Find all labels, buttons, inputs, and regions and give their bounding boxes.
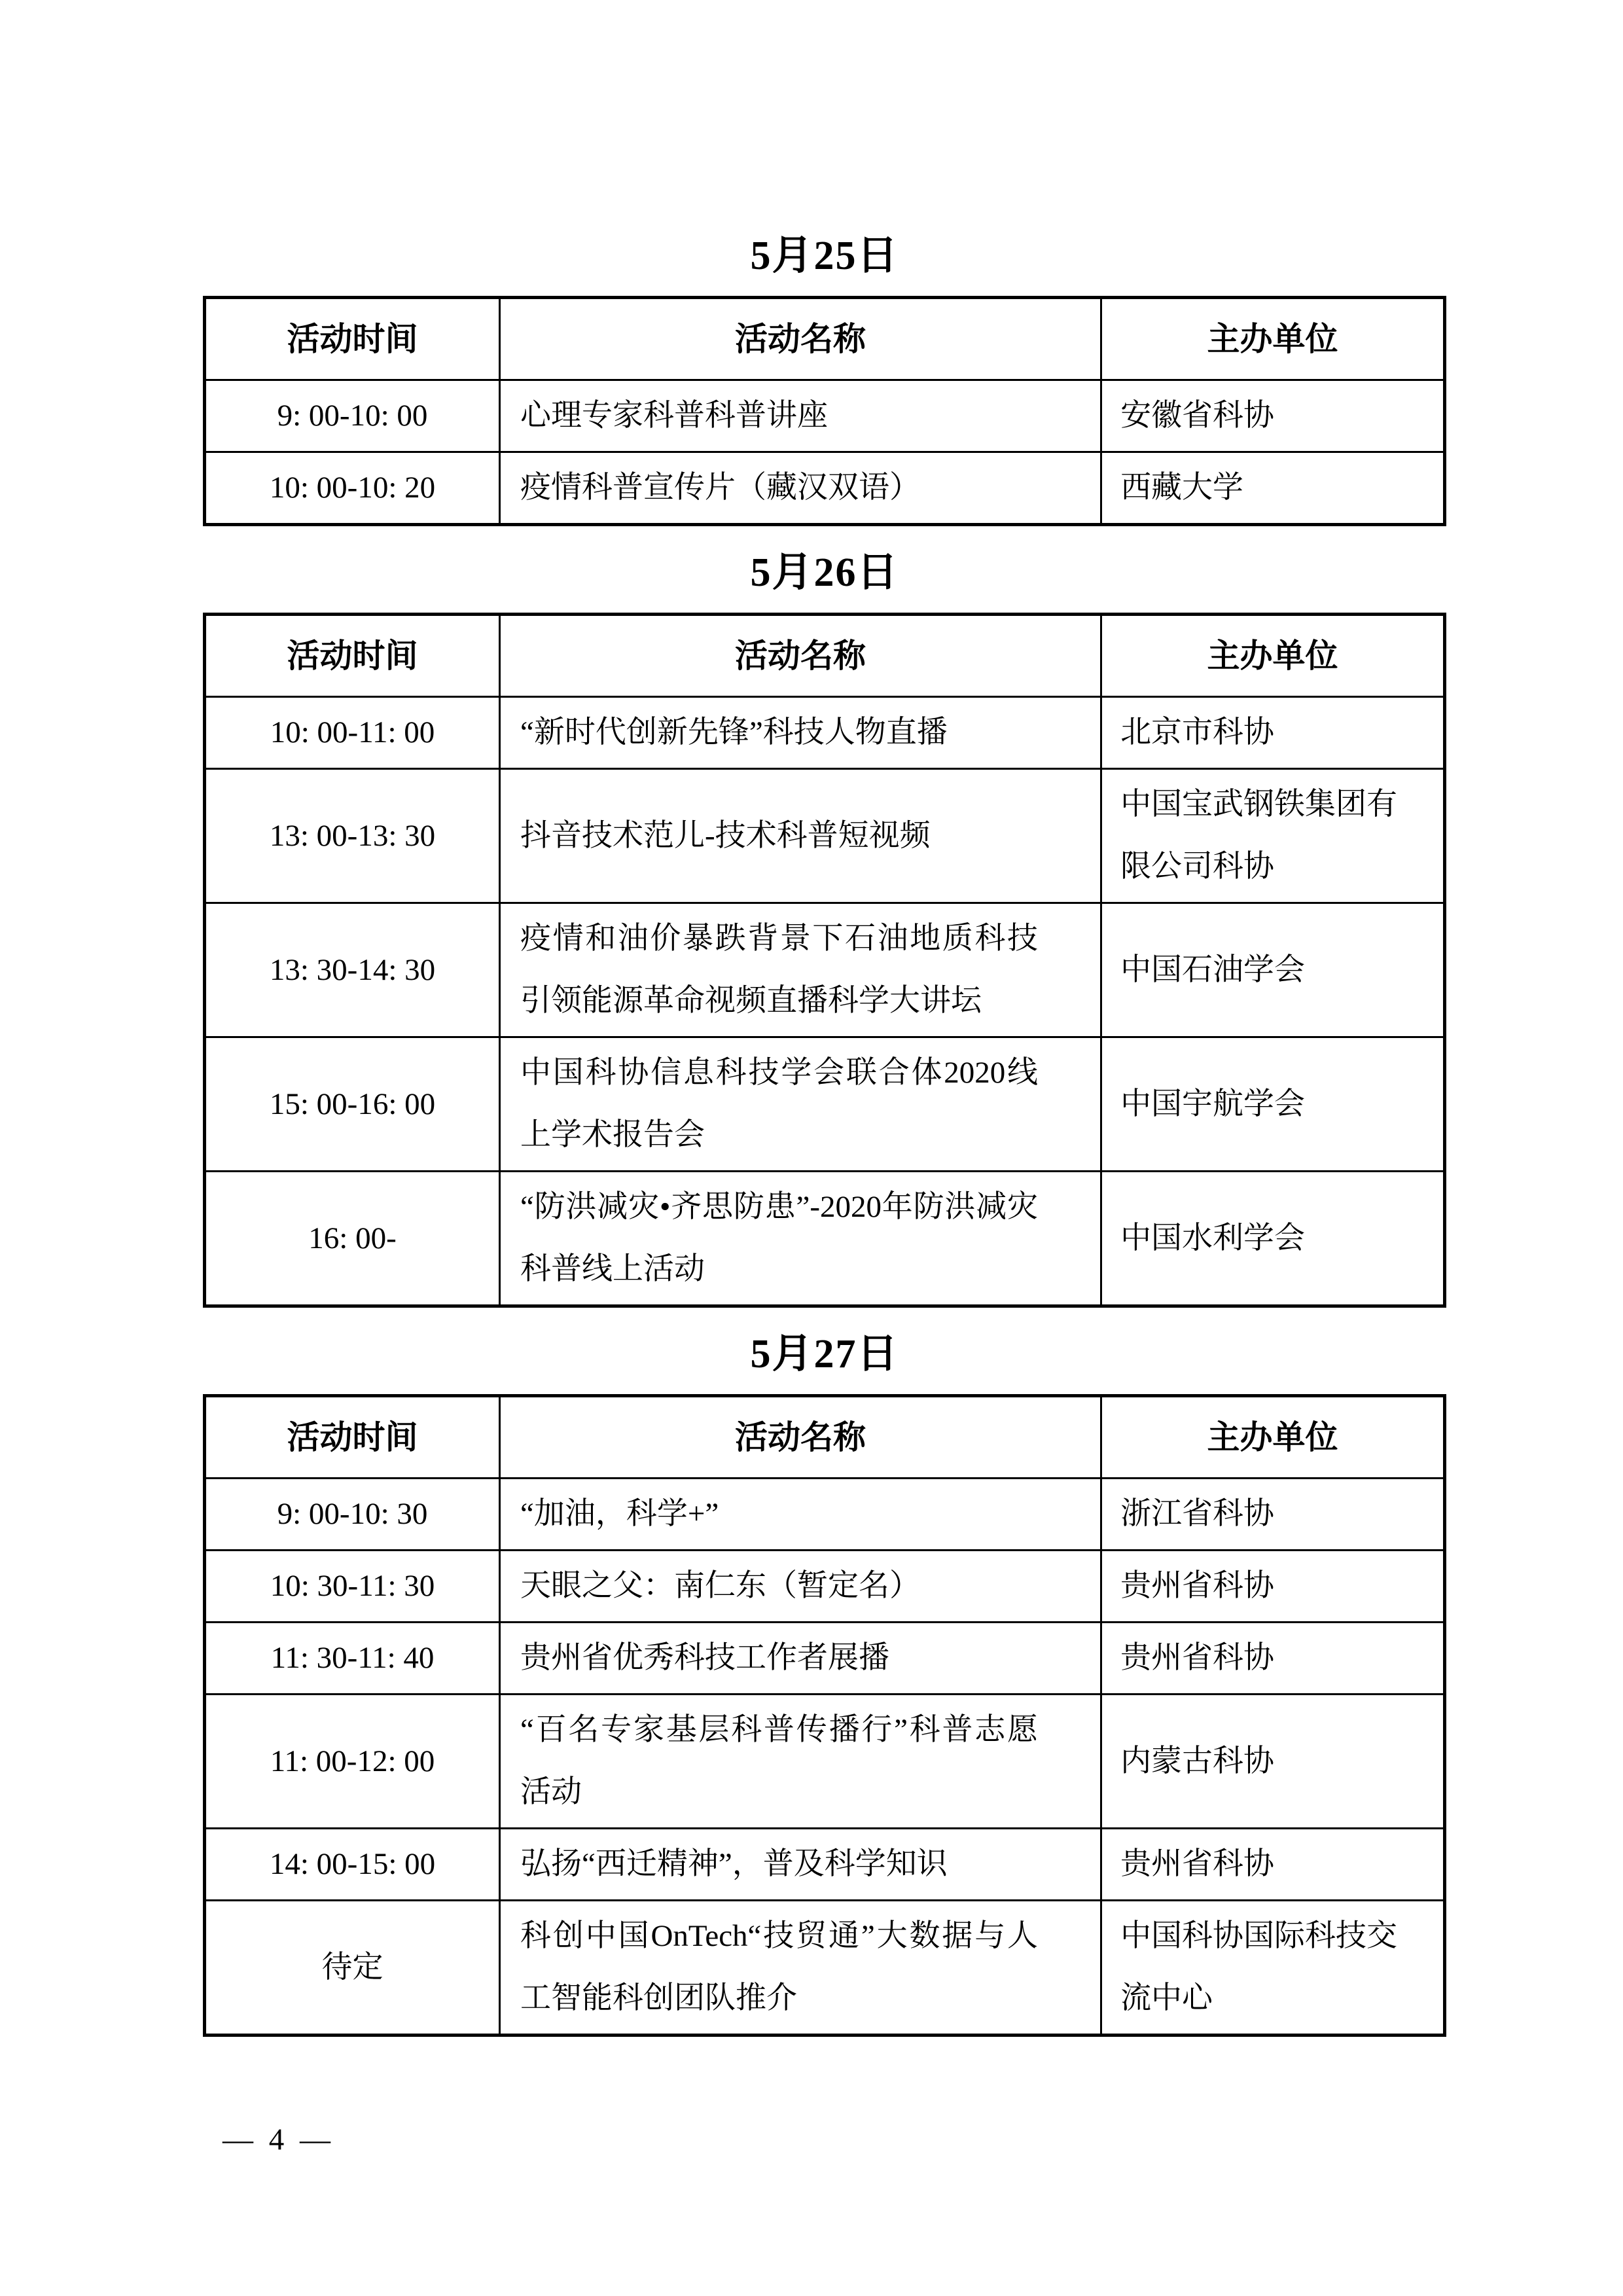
day-section: 5月26日 活动时间活动名称主办单位 10: 00-11: 00“新时代创新先锋… [203,550,1446,1308]
cell-org: 浙江省科协 [1101,1479,1445,1551]
cell-name: “百名专家基层科普传播行”科普志愿活动 [500,1695,1101,1829]
cell-name: 中国科协信息科技学会联合体2020线上学术报告会 [500,1037,1101,1172]
column-header: 主办单位 [1101,1396,1445,1479]
table-row: 15: 00-16: 00中国科协信息科技学会联合体2020线上学术报告会中国宇… [205,1037,1445,1172]
cell-org: 中国科协国际科技交流中心 [1101,1901,1445,2036]
cell-time: 10: 00-11: 00 [205,697,500,769]
cell-name: “防洪减灾•齐思防患”-2020年防洪减灾科普线上活动 [500,1172,1101,1306]
table-row: 待定科创中国OnTech“技贸通”大数据与人工智能科创团队推介中国科协国际科技交… [205,1901,1445,2036]
column-header: 活动名称 [500,615,1101,697]
cell-time: 9: 00-10: 00 [205,380,500,452]
cell-org: 贵州省科协 [1101,1623,1445,1695]
cell-name: 贵州省优秀科技工作者展播 [500,1623,1101,1695]
cell-name: 科创中国OnTech“技贸通”大数据与人工智能科创团队推介 [500,1901,1101,2036]
column-header: 活动名称 [500,1396,1101,1479]
table-row: 13: 00-13: 30抖音技术范儿-技术科普短视频中国宝武钢铁集团有限公司科… [205,769,1445,903]
schedule-table: 活动时间活动名称主办单位 10: 00-11: 00“新时代创新先锋”科技人物直… [203,613,1446,1308]
cell-org: 北京市科协 [1101,697,1445,769]
table-row: 10: 00-10: 20疫情科普宣传片（藏汉双语）西藏大学 [205,452,1445,525]
cell-org: 西藏大学 [1101,452,1445,525]
section-title: 5月26日 [203,550,1446,596]
section-title: 5月27日 [203,1331,1446,1377]
cell-time: 11: 30-11: 40 [205,1623,500,1695]
section-title: 5月25日 [203,233,1446,279]
table-row: 11: 00-12: 00“百名专家基层科普传播行”科普志愿活动内蒙古科协 [205,1695,1445,1829]
cell-time: 待定 [205,1901,500,2036]
cell-org: 内蒙古科协 [1101,1695,1445,1829]
schedule-table: 活动时间活动名称主办单位 9: 00-10: 00心理专家科普科普讲座安徽省科协… [203,296,1446,526]
cell-time: 16: 00- [205,1172,500,1306]
cell-org: 中国宇航学会 [1101,1037,1445,1172]
header-row: 活动时间活动名称主办单位 [205,615,1445,697]
table-row: 14: 00-15: 00弘扬“西迁精神”，普及科学知识贵州省科协 [205,1829,1445,1901]
cell-time: 10: 00-10: 20 [205,452,500,525]
column-header: 主办单位 [1101,615,1445,697]
cell-time: 11: 00-12: 00 [205,1695,500,1829]
table-row: 13: 30-14: 30疫情和油价暴跌背景下石油地质科技引领能源革命视频直播科… [205,903,1445,1037]
cell-org: 中国石油学会 [1101,903,1445,1037]
column-header: 活动时间 [205,1396,500,1479]
page-content: 5月25日 活动时间活动名称主办单位 9: 00-10: 00心理专家科普科普讲… [203,0,1446,2157]
document-page: 5月25日 活动时间活动名称主办单位 9: 00-10: 00心理专家科普科普讲… [0,0,1623,2296]
cell-org: 中国水利学会 [1101,1172,1445,1306]
cell-name: 抖音技术范儿-技术科普短视频 [500,769,1101,903]
table-row: 9: 00-10: 00心理专家科普科普讲座安徽省科协 [205,380,1445,452]
cell-name: 天眼之父：南仁东（暂定名） [500,1551,1101,1623]
day-section: 5月27日 活动时间活动名称主办单位 9: 00-10: 30“加油，科学+”浙… [203,1331,1446,2037]
cell-time: 15: 00-16: 00 [205,1037,500,1172]
table-row: 9: 00-10: 30“加油，科学+”浙江省科协 [205,1479,1445,1551]
cell-name: 弘扬“西迁精神”，普及科学知识 [500,1829,1101,1901]
cell-time: 9: 00-10: 30 [205,1479,500,1551]
table-row: 10: 00-11: 00“新时代创新先锋”科技人物直播北京市科协 [205,697,1445,769]
cell-name: “新时代创新先锋”科技人物直播 [500,697,1101,769]
cell-org: 中国宝武钢铁集团有限公司科协 [1101,769,1445,903]
column-header: 活动名称 [500,298,1101,380]
page-number: — 4 — [223,2122,1446,2157]
cell-time: 13: 30-14: 30 [205,903,500,1037]
column-header: 活动时间 [205,615,500,697]
day-section: 5月25日 活动时间活动名称主办单位 9: 00-10: 00心理专家科普科普讲… [203,233,1446,526]
cell-time: 10: 30-11: 30 [205,1551,500,1623]
schedule-table: 活动时间活动名称主办单位 9: 00-10: 30“加油，科学+”浙江省科协10… [203,1394,1446,2037]
cell-name: “加油，科学+” [500,1479,1101,1551]
table-row: 10: 30-11: 30天眼之父：南仁东（暂定名）贵州省科协 [205,1551,1445,1623]
cell-name: 疫情科普宣传片（藏汉双语） [500,452,1101,525]
cell-org: 安徽省科协 [1101,380,1445,452]
header-row: 活动时间活动名称主办单位 [205,298,1445,380]
cell-name: 心理专家科普科普讲座 [500,380,1101,452]
header-row: 活动时间活动名称主办单位 [205,1396,1445,1479]
cell-time: 14: 00-15: 00 [205,1829,500,1901]
sections-container: 5月25日 活动时间活动名称主办单位 9: 00-10: 00心理专家科普科普讲… [203,233,1446,2037]
cell-time: 13: 00-13: 30 [205,769,500,903]
cell-name: 疫情和油价暴跌背景下石油地质科技引领能源革命视频直播科学大讲坛 [500,903,1101,1037]
cell-org: 贵州省科协 [1101,1829,1445,1901]
table-row: 16: 00-“防洪减灾•齐思防患”-2020年防洪减灾科普线上活动中国水利学会 [205,1172,1445,1306]
column-header: 主办单位 [1101,298,1445,380]
table-row: 11: 30-11: 40贵州省优秀科技工作者展播贵州省科协 [205,1623,1445,1695]
column-header: 活动时间 [205,298,500,380]
cell-org: 贵州省科协 [1101,1551,1445,1623]
